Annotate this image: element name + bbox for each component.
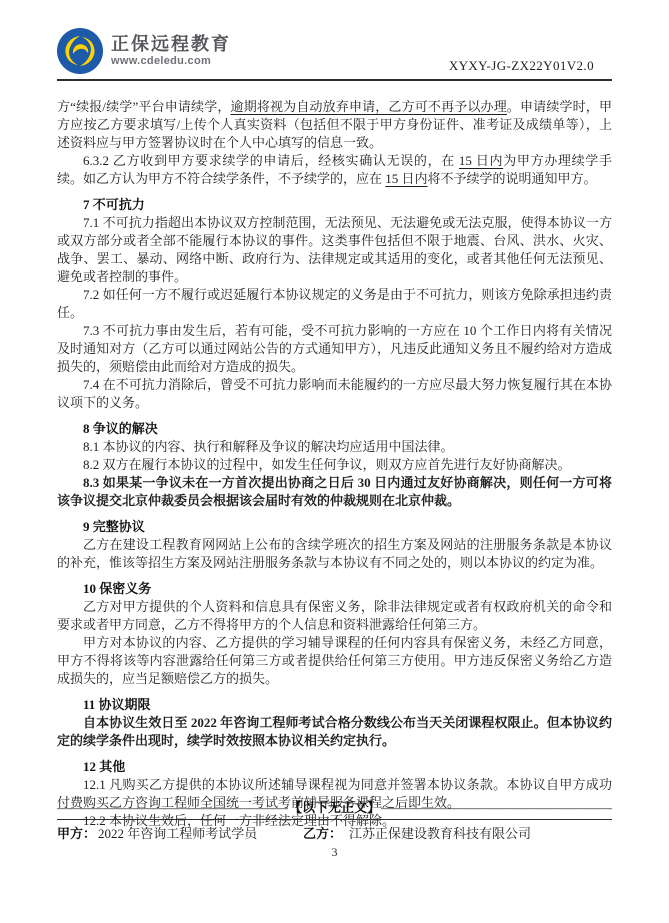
brand: 正保远程教育 www.cdeledu.com	[57, 28, 231, 74]
dash-line-left: —————————————————————————	[57, 799, 288, 817]
text-segment: 将不予续学的说明通知甲方。	[428, 171, 597, 186]
no-more-text-divider: ————————————————————————— 【以下无正文】 ——————…	[57, 799, 612, 817]
clause-7-3: 7.3 不可抗力事由发生后，若有可能，受不可抗力影响的一方应在 10 个工作日内…	[57, 322, 612, 376]
section-10-heading: 10 保密义务	[57, 580, 612, 598]
clause-7-4: 7.4 在不可抗力消除后，曾受不可抗力影响而未能履约的一方应尽最大努力恢复履行其…	[57, 376, 612, 412]
contract-page: 正保远程教育 www.cdeledu.com XYXY-JG-ZX22Y01V2…	[0, 0, 669, 923]
party-b-label: 乙方：	[303, 826, 342, 841]
clause-6-3-1-continuation: 方“续报/续学”平台申请续学，逾期将视为自动放弃申请，乙方可不再予以办理。申请续…	[57, 98, 612, 152]
page-number: 3	[0, 845, 669, 860]
document-code: XYXY-JG-ZX22Y01V2.0	[449, 58, 594, 74]
clause-10-party-b: 乙方对甲方提供的个人资料和信息具有保密义务，除非法律规定或者有权政府机关的命令和…	[57, 598, 612, 634]
page-header: 正保远程教育 www.cdeledu.com XYXY-JG-ZX22Y01V2…	[57, 28, 612, 81]
contract-footer: ————————————————————————— 【以下无正文】 ——————…	[57, 799, 612, 843]
underlined-text: 15 日内	[459, 153, 503, 168]
section-7-heading: 7 不可抗力	[57, 196, 612, 214]
section-12-heading: 12 其他	[57, 758, 612, 776]
section-11-heading: 11 协议期限	[57, 696, 612, 714]
contract-body: 方“续报/续学”平台申请续学，逾期将视为自动放弃申请，乙方可不再予以办理。申请续…	[57, 98, 612, 830]
section-8-heading: 8 争议的解决	[57, 420, 612, 438]
signature-divider-rule	[57, 819, 612, 820]
clause-9-body: 乙方在建设工程教育网网站上公布的含续学班次的招生方案及网站的注册服务条款是本协议…	[57, 536, 612, 572]
signature-row: 甲方：2022 年咨询工程师考试学员 乙方：江苏正保建设教育科技有限公司	[57, 825, 612, 843]
brand-url: www.cdeledu.com	[111, 55, 231, 68]
section-9-heading: 9 完整协议	[57, 518, 612, 536]
brand-name: 正保远程教育	[111, 34, 231, 55]
party-b-signature: 乙方：江苏正保建设教育科技有限公司	[303, 825, 612, 843]
clause-7-1: 7.1 不可抗力指超出本协议双方控制范围，无法预见、无法避免或无法克服，使得本协…	[57, 214, 612, 286]
clause-8-3: 8.3 如果某一争议未在一方首次提出协商之日后 30 日内通过友好协商解决，则任…	[57, 474, 612, 510]
underlined-text: 逾期将视为自动放弃申请，乙方可不再予以办理	[231, 99, 507, 114]
clause-8-2: 8.2 双方在履行本协议的过程中，如发生任何争议，则双方应首先进行友好协商解决。	[57, 456, 612, 474]
clause-11-body: 自本协议生效日至 2022 年咨询工程师考试合格分数线公布当天关闭课程权限止。但…	[57, 714, 612, 750]
brand-logo-icon	[57, 28, 103, 74]
clause-10-party-a: 甲方对本协议的内容、乙方提供的学习辅导课程的任何内容具有保密义务，未经乙方同意，…	[57, 634, 612, 688]
party-a-name: 2022 年咨询工程师考试学员	[98, 826, 257, 841]
clause-6-3-2: 6.3.2 乙方收到甲方要求续学的申请后，经核实确认无误的，在 15 日内为甲方…	[57, 152, 612, 188]
underlined-text: 15 日内	[385, 171, 427, 186]
party-b-name: 江苏正保建设教育科技有限公司	[349, 826, 531, 841]
clause-8-1: 8.1 本协议的内容、执行和解释及争议的解决均应适用中国法律。	[57, 438, 612, 456]
clause-7-2: 7.2 如任何一方不履行或迟延履行本协议规定的义务是由于不可抗力，则该方免除承担…	[57, 286, 612, 322]
text-segment: 6.3.2 乙方收到甲方要求续学的申请后，经核实确认无误的，在	[83, 153, 459, 168]
party-a-label: 甲方：	[57, 826, 96, 841]
no-more-text-marker: 【以下无正文】	[288, 799, 381, 817]
text-segment: 方“续报/续学”平台申请续学，	[57, 99, 231, 114]
dash-line-right: —————————————————————————	[381, 799, 612, 817]
party-a-signature: 甲方：2022 年咨询工程师考试学员	[57, 825, 303, 843]
